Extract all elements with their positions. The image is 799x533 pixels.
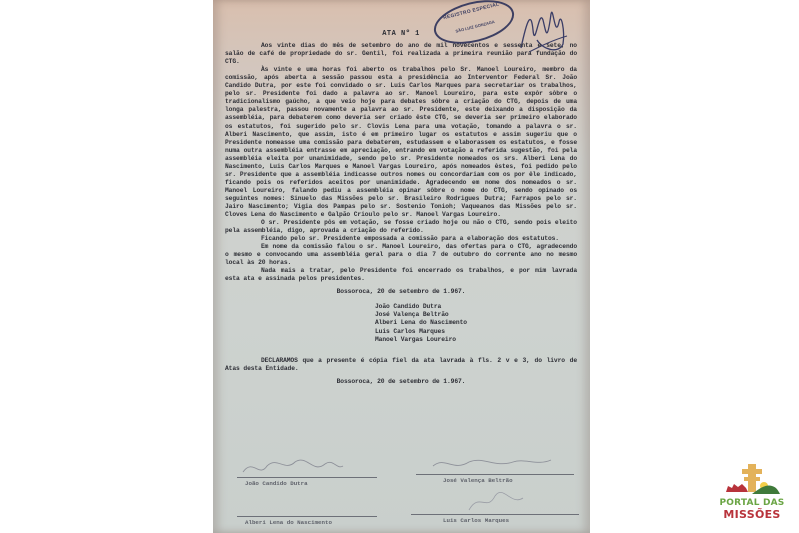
signature-line xyxy=(237,477,377,478)
portal-das-missoes-logo: PORTAL DAS MISSÕES xyxy=(712,462,792,526)
place-date: Bossoroca, 20 de setembro de 1.967. xyxy=(225,288,577,296)
typed-name: João Candido Dutra xyxy=(375,303,577,311)
paragraph-4: Ficando pelo sr. Presidente empossada a … xyxy=(225,235,577,243)
typed-name: Manoel Vargas Loureiro xyxy=(375,336,577,344)
signature-name: João Candido Dutra xyxy=(245,480,308,487)
paragraph-5: Em nome da comissão falou o sr. Manoel L… xyxy=(225,243,577,267)
paragraph-1: Aos vinte dias do mês de setembro do ano… xyxy=(225,42,577,66)
typed-name: Luis Carlos Marques xyxy=(375,328,577,336)
paragraph-2: Às vinte e uma horas foi aberto os traba… xyxy=(225,66,577,219)
missions-cross-landscape-icon xyxy=(722,462,782,498)
signature-line xyxy=(411,514,579,515)
signature-line xyxy=(237,516,377,517)
document-title: ATA Nº 1 xyxy=(225,30,577,38)
typed-names-list: João Candido Dutra José Valença Beltrão … xyxy=(375,303,577,345)
signature-name: Alberi Lena do Nascimento xyxy=(245,519,332,526)
paragraph-6: Nada mais a tratar, pelo Presidente foi … xyxy=(225,267,577,283)
paragraph-3: O sr. Presidente pôs em votação, se foss… xyxy=(225,219,577,235)
logo-line-1: PORTAL DAS xyxy=(712,498,792,508)
signature-name: Luis Carlos Marques xyxy=(443,517,509,524)
typed-name: José Valença Beltrão xyxy=(375,311,577,319)
signature-line xyxy=(416,474,574,475)
logo-line-2: MISSÕES xyxy=(712,508,792,521)
document-photo: REGISTRO ESPECIAL SÃO LUIZ GONZAGA ATA N… xyxy=(213,0,590,533)
declaration: DECLARAMOS que a presente é cópia fiel d… xyxy=(225,357,577,373)
typed-name: Alberi Lena do Nascimento xyxy=(375,319,577,327)
minutes-document: ATA Nº 1 Aos vinte dias do mês de setemb… xyxy=(225,30,577,392)
signature-name: José Valença Beltrão xyxy=(443,477,513,484)
declaration-place-date: Bossoroca, 20 de setembro de 1.967. xyxy=(225,378,577,386)
